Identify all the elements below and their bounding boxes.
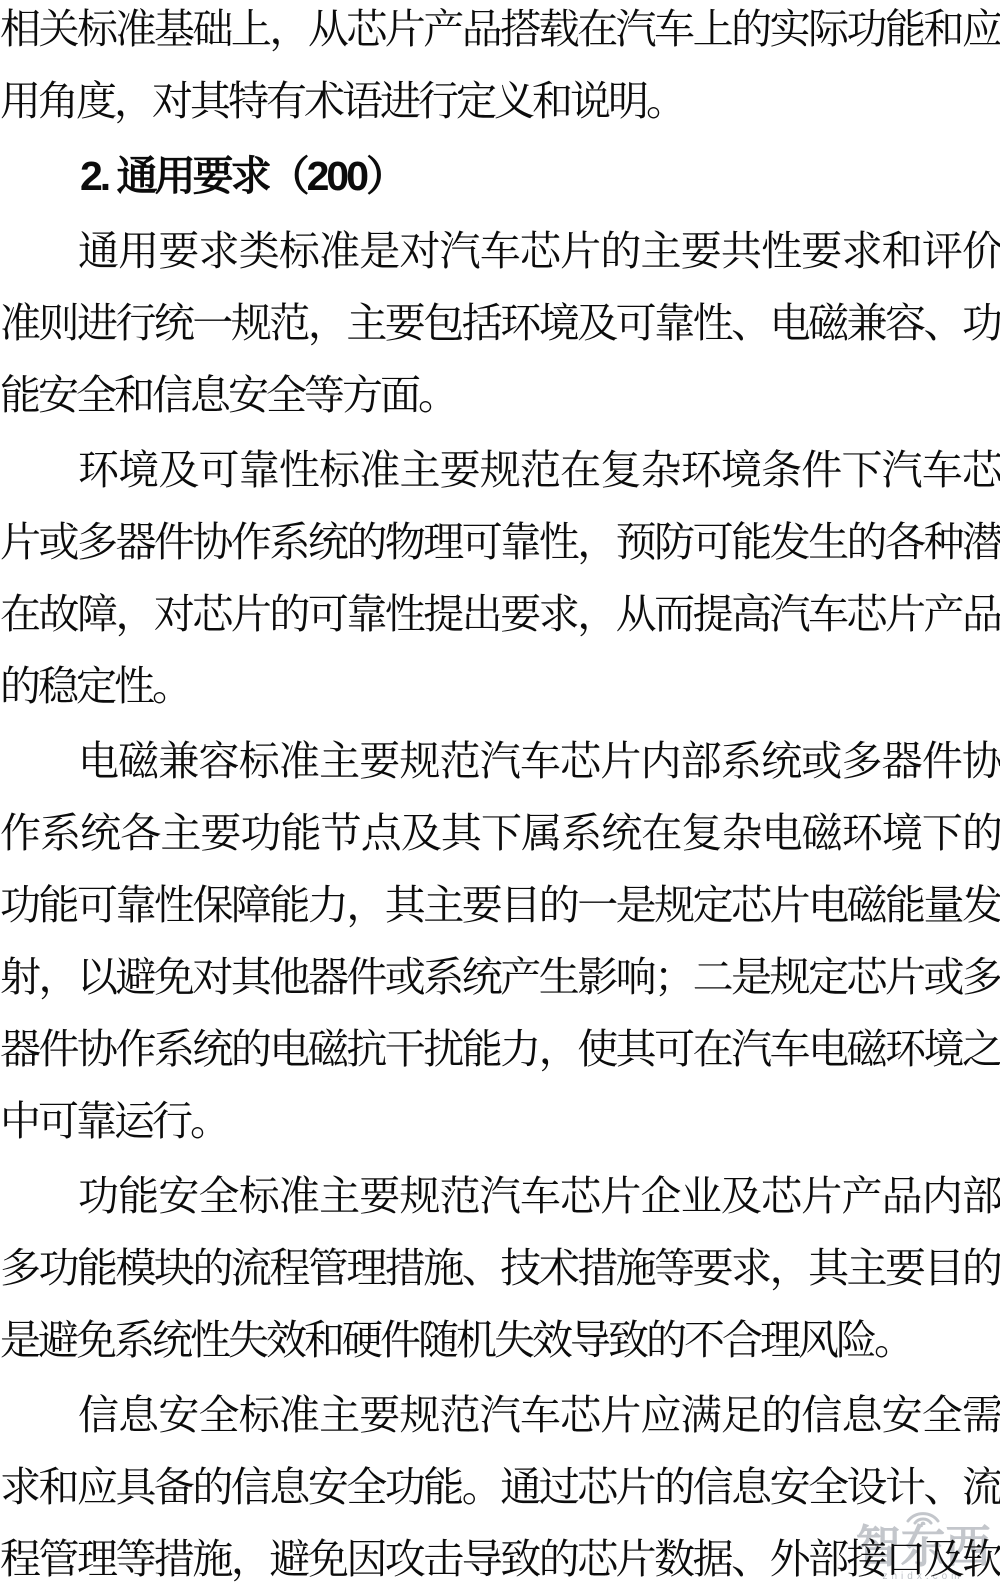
text-line: 多功能模块的流程管理措施、技术措施等要求，其主要目的 — [0, 1232, 1000, 1304]
heading-line: 2. 通用要求（200） — [0, 140, 1000, 212]
text-line: 射，以避免对其他器件或系统产生影响；二是规定芯片或多 — [0, 941, 1000, 1013]
text-line: 相关标准基础上，从芯片产品搭载在汽车上的实际功能和应 — [0, 0, 1000, 65]
document-page: { "page": { "background": "#ffffff", "te… — [0, 0, 1000, 1588]
text-line: 是避免系统性失效和硬件随机失效导致的不合理风险。 — [0, 1304, 1000, 1376]
text-line: 求和应具备的信息安全功能。通过芯片的信息安全设计、流 — [0, 1451, 1000, 1523]
section-heading: 2. 通用要求（200） — [0, 140, 1000, 212]
text-line: 器件协作系统的电磁抗干扰能力，使其可在汽车电磁环境之 — [0, 1013, 1000, 1085]
text-line: 片或多器件协作系统的物理可靠性，预防可能发生的各种潜 — [0, 506, 1000, 578]
paragraph: 相关标准基础上，从芯片产品搭载在汽车上的实际功能和应用角度，对其特有术语进行定义… — [0, 0, 1000, 137]
paragraph: 信息安全标准主要规范汽车芯片应满足的信息安全需求和应具备的信息安全功能。通过芯片… — [0, 1379, 1000, 1588]
text-line: 功能可靠性保障能力，其主要目的一是规定芯片电磁能量发 — [0, 869, 1000, 941]
text-line: 作系统各主要功能节点及其下属系统在复杂电磁环境下的 — [0, 797, 1000, 869]
text-line: 中可靠运行。 — [0, 1085, 1000, 1157]
text-line: 功能安全标准主要规范汽车芯片企业及芯片产品内部 — [0, 1160, 1000, 1232]
paragraph: 电磁兼容标准主要规范汽车芯片内部系统或多器件协作系统各主要功能节点及其下属系统在… — [0, 725, 1000, 1157]
paragraph: 环境及可靠性标准主要规范在复杂环境条件下汽车芯片或多器件协作系统的物理可靠性，预… — [0, 434, 1000, 722]
text-line: 通用要求类标准是对汽车芯片的主要共性要求和评价 — [0, 215, 1000, 287]
text-line: 准则进行统一规范，主要包括环境及可靠性、电磁兼容、功 — [0, 287, 1000, 359]
paragraph: 功能安全标准主要规范汽车芯片企业及芯片产品内部多功能模块的流程管理措施、技术措施… — [0, 1160, 1000, 1376]
text-line: 环境及可靠性标准主要规范在复杂环境条件下汽车芯 — [0, 434, 1000, 506]
paragraph: 通用要求类标准是对汽车芯片的主要共性要求和评价准则进行统一规范，主要包括环境及可… — [0, 215, 1000, 431]
document-body: 相关标准基础上，从芯片产品搭载在汽车上的实际功能和应用角度，对其特有术语进行定义… — [0, 0, 1000, 1588]
text-line: 能安全和信息安全等方面。 — [0, 359, 1000, 431]
text-line: 用角度，对其特有术语进行定义和说明。 — [0, 65, 1000, 137]
text-line: 信息安全标准主要规范汽车芯片应满足的信息安全需 — [0, 1379, 1000, 1451]
text-line: 电磁兼容标准主要规范汽车芯片内部系统或多器件协 — [0, 725, 1000, 797]
text-line: 在故障，对芯片的可靠性提出要求，从而提高汽车芯片产品 — [0, 578, 1000, 650]
text-line: 的稳定性。 — [0, 650, 1000, 722]
text-line: 程管理等措施，避免因攻击导致的芯片数据、外部接口及软 — [0, 1523, 1000, 1588]
